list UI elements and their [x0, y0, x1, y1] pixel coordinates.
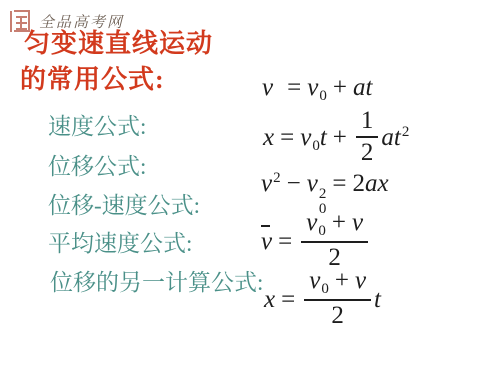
math-var-v: v: [355, 267, 366, 294]
math-fraction-avg: v0+v2: [301, 209, 368, 271]
label-displacement-formula: 位移公式:: [48, 154, 146, 180]
math-sub-0: 0: [319, 88, 327, 104]
slide-canvas: 全品高考网 匀变速直线运动 的常用公式: 速度公式: 位移公式: 位移-速度公式…: [0, 0, 500, 374]
math-numerator: v0+v: [301, 209, 368, 243]
math-op-plus: +: [327, 124, 353, 151]
math-op-minus: −: [281, 170, 307, 197]
math-var-x: x: [264, 286, 275, 313]
math-var-v0: v: [307, 170, 318, 197]
math-var-v0: v: [306, 209, 317, 236]
math-op-equals: =: [274, 124, 300, 151]
label-displacement-alt-formula: 位移的另一计算公式:: [50, 270, 263, 296]
math-op-equals: =: [272, 228, 298, 255]
math-sup-2: 2: [273, 170, 281, 186]
math-var-v0: v: [309, 267, 320, 294]
math-op-equals: =: [326, 170, 352, 197]
formula-average-velocity: v=v0+v2: [261, 212, 371, 274]
formula-displacement: x=v0t+12at2: [263, 110, 409, 169]
math-op-equals: =: [273, 74, 307, 101]
math-numerator: 1: [356, 107, 379, 138]
math-fraction-half: 12: [356, 107, 379, 166]
math-denominator: 2: [356, 138, 379, 166]
math-var-v: v: [261, 170, 272, 197]
math-op-plus: +: [327, 74, 353, 101]
math-numerator: v0+v: [304, 267, 371, 301]
page-title-line-2: 的常用公式:: [20, 66, 165, 95]
math-sub-0: 0: [321, 281, 329, 297]
math-var-at: at: [381, 124, 400, 151]
math-var-v0: v: [300, 124, 311, 151]
label-displacement-velocity-formula: 位移-速度公式:: [48, 193, 200, 219]
math-var-t: t: [320, 124, 327, 151]
math-num-2: 2: [352, 170, 365, 197]
math-var-v-bar: v: [261, 228, 272, 257]
math-fraction-avg: v0+v2: [304, 267, 371, 329]
page-title-line-1: 匀变速直线运动: [24, 30, 213, 59]
math-op-plus: +: [329, 267, 355, 294]
math-var-at: at: [353, 74, 372, 101]
math-sub-0: 0: [312, 138, 320, 154]
label-average-velocity-formula: 平均速度公式:: [48, 231, 192, 257]
math-var-t: t: [374, 286, 381, 313]
math-var-ax: ax: [365, 170, 389, 197]
math-sup-2: 2: [402, 124, 410, 140]
math-op-plus: +: [326, 209, 352, 236]
math-var-v: v: [352, 209, 363, 236]
math-sub-0: 0: [318, 223, 326, 239]
math-var-x: x: [263, 124, 274, 151]
formula-displacement-alt: x=v0+v2t: [264, 270, 381, 332]
label-velocity-formula: 速度公式:: [48, 114, 146, 140]
math-var-v0: v: [307, 74, 318, 101]
formula-velocity: v=v0+at: [262, 74, 372, 105]
math-var-v: v: [262, 74, 273, 101]
math-op-equals: =: [275, 286, 301, 313]
math-denominator: 2: [304, 301, 371, 329]
